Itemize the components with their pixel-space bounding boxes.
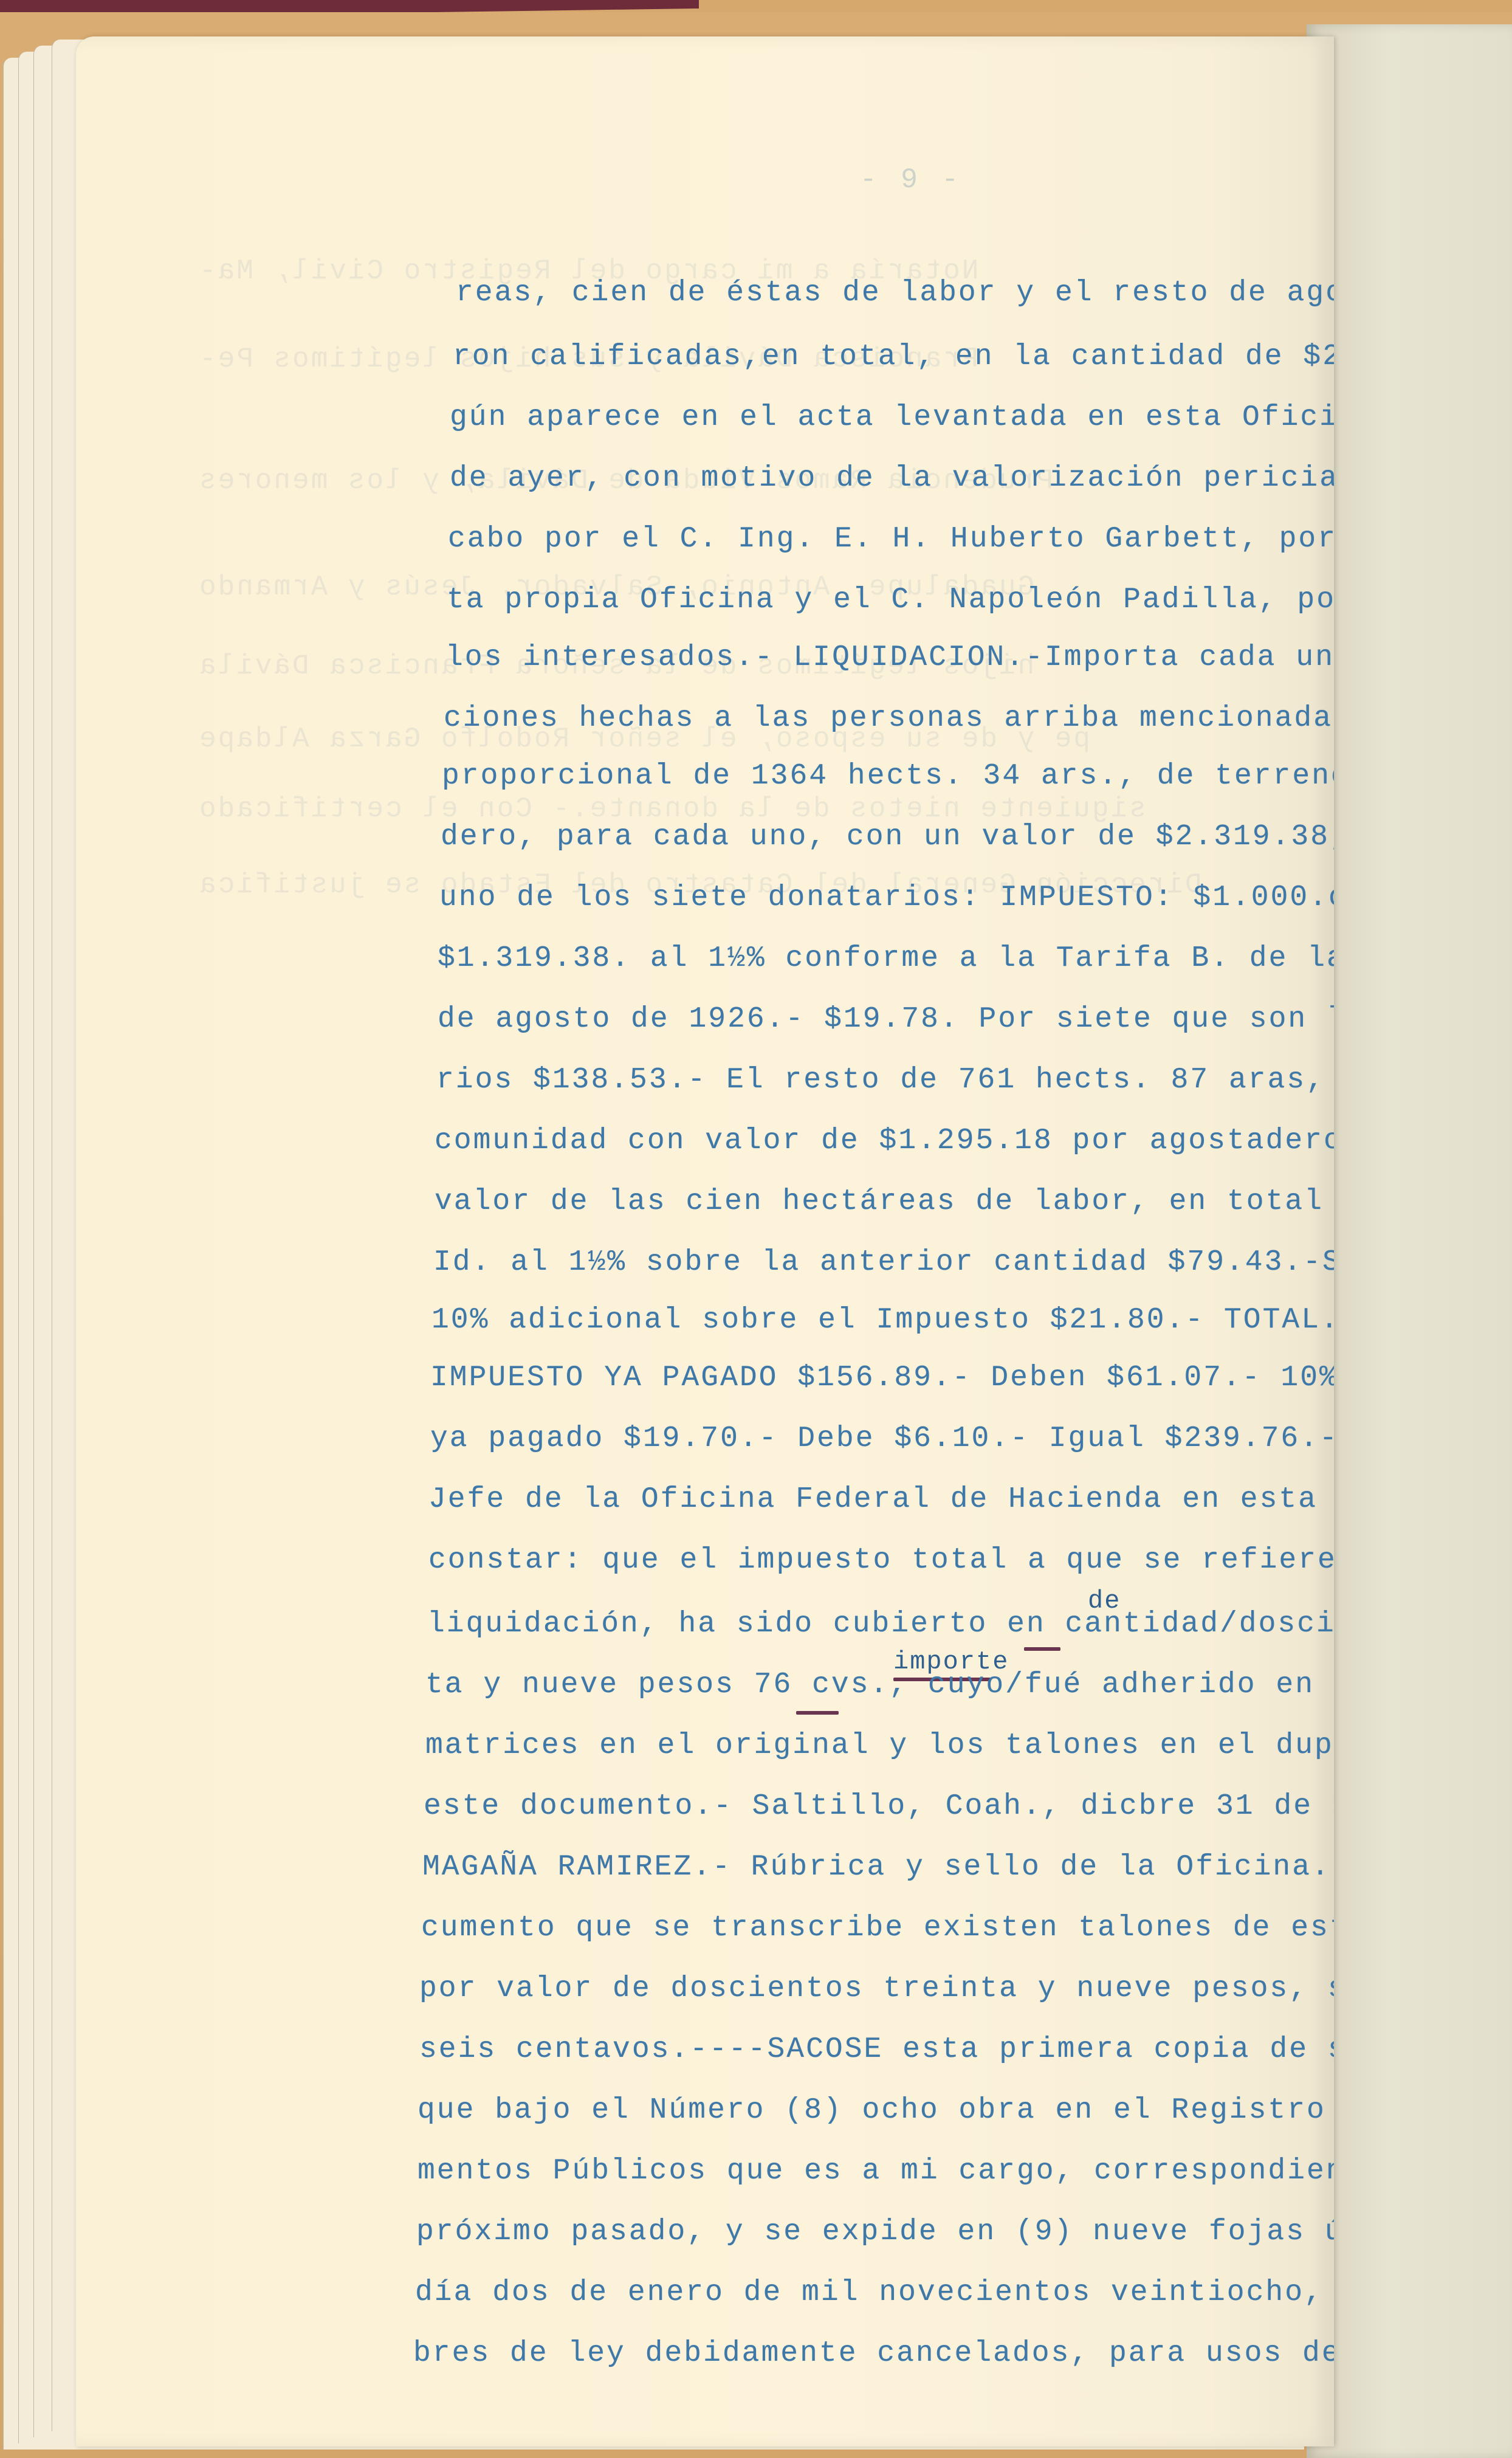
- text-line: liquidación, ha sido cubierto en cantida…: [427, 1608, 1334, 1640]
- text-line: ciones hechas a las personas arriba menc…: [444, 702, 1334, 735]
- text-line: MAGAÑA RAMIREZ.- Rúbrica y sello de la O…: [422, 1851, 1334, 1884]
- text-line: los interesados.- LIQUIDACION.-Importa c…: [445, 641, 1334, 674]
- page-number: - 9 -: [860, 164, 962, 196]
- text-line: que bajo el Número (8) ocho obra en el R…: [418, 2094, 1334, 2127]
- text-line: este documento.- Saltillo, Coah., dicbre…: [424, 1790, 1334, 1823]
- insertion-underline: [796, 1711, 839, 1715]
- text-line: Jefe de la Oficina Federal de Hacienda e…: [428, 1483, 1334, 1516]
- text-line: por valor de doscientos treinta y nueve …: [419, 1972, 1334, 2005]
- text-line: de agosto de 1926.- $19.78. Por siete qu…: [438, 1003, 1334, 1036]
- text-line: cabo por el C. Ing. E. H. Huberto Garbet…: [448, 523, 1334, 556]
- text-line: ta y nueve pesos 76 cvs., cuyo/fué adher…: [425, 1668, 1334, 1701]
- text-line: seis centavos.----SACOSE esta primera co…: [419, 2033, 1334, 2066]
- text-line: ta propia Oficina y el C. Napoleón Padil…: [447, 584, 1334, 616]
- text-line: de ayer, con motivo de la valorización p…: [450, 462, 1334, 495]
- facing-page: [1307, 24, 1512, 2458]
- text-line: próximo pasado, y se expide en (9) nueve…: [416, 2215, 1334, 2248]
- text-line: $1.319.38. al 1½% conforme a la Tarifa B…: [438, 942, 1334, 975]
- text-line: constar: que el impuesto total a que se …: [428, 1544, 1334, 1577]
- text-line: dero, para cada uno, con un valor de $2.…: [441, 821, 1334, 853]
- insertion-underline: [1024, 1647, 1060, 1651]
- text-line: proporcional de 1364 hects. 34 ars., de …: [442, 760, 1334, 793]
- text-line: bres de ley debidamente cancelados, para…: [413, 2337, 1334, 2370]
- document-page: Notaría a mi cargo del Registro Civil, M…: [76, 36, 1334, 2446]
- text-line: matrices en el original y los talones en…: [425, 1729, 1334, 1762]
- text-line: ron calificadas,en total, en la cantidad…: [453, 340, 1334, 373]
- text-line: comunidad con valor de $1.295.18 por ago…: [435, 1124, 1334, 1157]
- text-line: cumento que se transcribe existen talone…: [421, 1912, 1334, 1944]
- text-line: mentos Públicos que es a mi cargo, corre…: [418, 2155, 1334, 2188]
- text-line: IMPUESTO YA PAGADO $156.89.- Deben $61.0…: [430, 1362, 1334, 1394]
- text-line: reas, cien de éstas de labor y el resto …: [456, 277, 1334, 309]
- text-line: uno de los siete donatarios: IMPUESTO: $…: [439, 881, 1334, 914]
- text-line: rios $138.53.- El resto de 761 hects. 87…: [436, 1064, 1334, 1096]
- text-line: día dos de enero de mil novecientos vein…: [415, 2276, 1334, 2309]
- text-line: valor de las cien hectáreas de labor, en…: [435, 1185, 1334, 1218]
- text-line: gún aparece en el acta levantada en esta…: [450, 401, 1334, 434]
- text-line: 10% adicional sobre el Impuesto $21.80.-…: [431, 1304, 1334, 1337]
- text-line: Id. al 1½% sobre la anterior cantidad $7…: [433, 1246, 1334, 1279]
- text-line: ya pagado $19.70.- Debe $6.10.- Igual $2…: [430, 1422, 1334, 1455]
